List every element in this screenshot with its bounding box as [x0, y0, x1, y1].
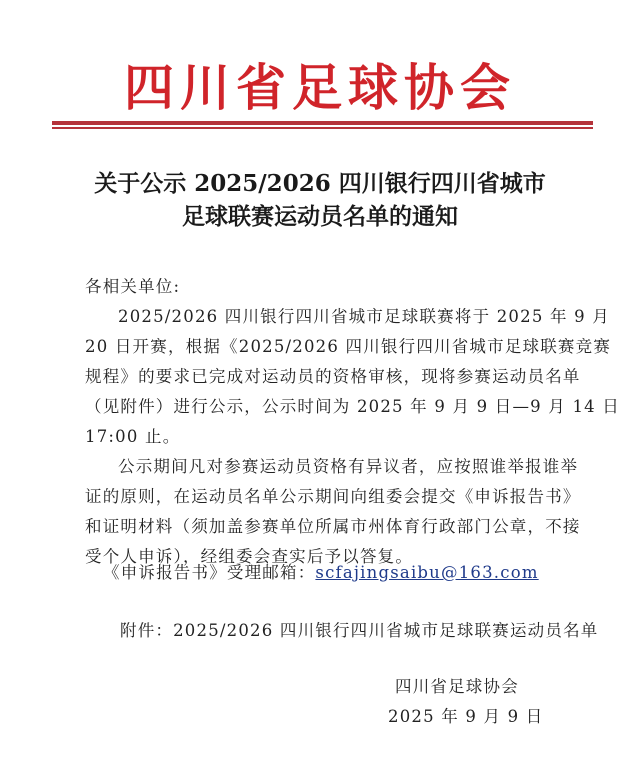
title-line-2: 足球联赛运动员名单的通知 — [0, 201, 640, 233]
salutation: 各相关单位: — [85, 272, 565, 302]
signature-org: 四川省足球协会 — [395, 672, 519, 702]
paragraph1-line: 17:00 止。 — [85, 422, 565, 452]
attachment-line: 附件：2025/2026 四川银行四川省城市足球联赛运动员名单 — [120, 616, 600, 646]
email-link[interactable]: scfajingsaibu@163.com — [315, 563, 538, 582]
paragraph1-line: （见附件）进行公示，公示时间为 2025 年 9 月 9 日—9 月 14 日 — [85, 392, 565, 422]
letterhead-rule-thin — [52, 127, 593, 129]
letterhead-org-name: 四川省足球协会 — [0, 58, 640, 118]
letterhead-rule-thick — [52, 121, 593, 125]
paragraph1-line: 2025/2026 四川银行四川省城市足球联赛将于 2025 年 9 月 — [118, 302, 598, 332]
email-line: 《申诉报告书》受理邮箱：scfajingsaibu@163.com — [103, 558, 583, 588]
signature-date: 2025 年 9 月 9 日 — [388, 702, 544, 732]
paragraph1-line: 20 日开赛，根据《2025/2026 四川银行四川省城市足球联赛竞赛 — [85, 332, 565, 362]
paragraph2-line: 公示期间凡对参赛运动员资格有异议者，应按照谁举报谁举 — [118, 452, 598, 482]
paragraph2-line: 和证明材料（须加盖参赛单位所属市州体育行政部门公章，不接 — [85, 512, 565, 542]
title-line-1: 关于公示 2025/2026 四川银行四川省城市 — [0, 168, 640, 200]
paragraph1-line: 规程》的要求已完成对运动员的资格审核，现将参赛运动员名单 — [85, 362, 565, 392]
paragraph2-line: 证的原则，在运动员名单公示期间向组委会提交《申诉报告书》 — [85, 482, 565, 512]
email-label: 《申诉报告书》受理邮箱： — [103, 563, 315, 582]
